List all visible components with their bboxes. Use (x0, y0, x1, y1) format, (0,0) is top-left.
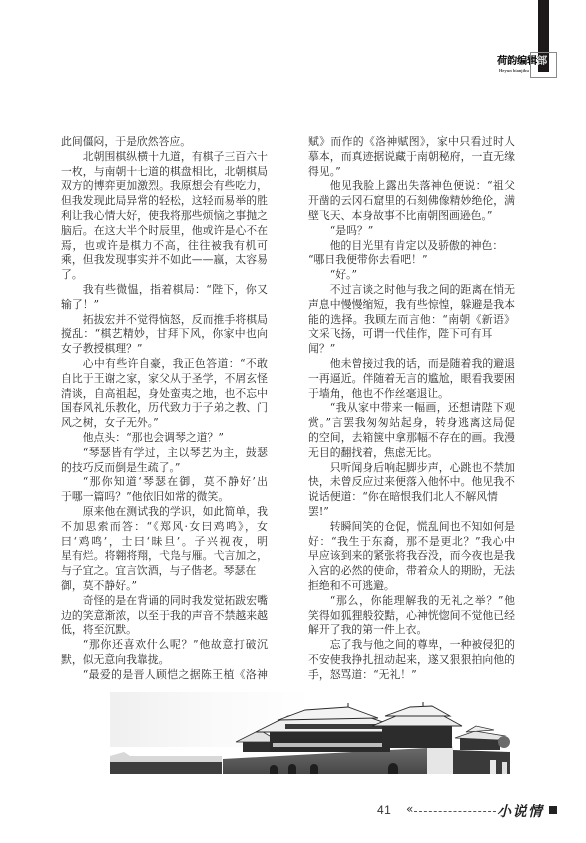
text-line: 脑后。在这大半个时辰里，他或许是心不在 (61, 224, 268, 239)
text-line: 壁飞天、本身故事不比南朝图画逊色。” (308, 209, 515, 224)
text-line: 但我发现此局异常的轻松，这轻而易举的胜 (61, 194, 268, 209)
paragraph: 拓拔宏并不觉得恼怒，反而推手将棋局 搅乱：“棋艺精妙，甘拜下风，你家中也向 女子… (61, 313, 268, 357)
paragraph: “那你知道‘琴瑟在御，莫不静好’出 于哪一篇吗？”他依旧如常的微笑。 (61, 475, 268, 505)
text-line: “那你知道‘琴瑟在御，莫不静好’出 (61, 475, 268, 490)
text-line: 只听闻身后响起脚步声，心跳也不禁加 (308, 461, 515, 476)
text-line: 忘了我与他之间的尊卑，一种被侵犯的 (308, 638, 515, 653)
text-line: 无目的翻找着，焦虑无比。 (308, 446, 515, 461)
text-line: “那么，你能理解我的无礼之举？”他 (308, 594, 515, 609)
paragraph: 心中有些许自豪，我正色答道：“不敢 自比于王谢之家，家父从于圣学，不屑玄怪 清谈… (61, 357, 268, 431)
text-line: 声息中慢慢缩短，我有些惊惶，躲避是我本 (308, 298, 515, 313)
text-line: 风之树，女子无外。” (61, 416, 268, 431)
text-line: 搅乱：“棋艺精妙，甘拜下风，你家中也向 (61, 327, 268, 342)
text-line: 得见。” (308, 165, 515, 180)
text-line: 一再逼近。伴随着无言的尴尬，眼看我要困 (308, 372, 515, 387)
paragraph: 他点头：“那也会调琴之道？” (61, 431, 268, 446)
square-end-mark-icon (549, 806, 557, 814)
paragraph: “我从家中带来一幅画，还想请陛下观 赏。”言罢我匆匆站起身，转身逃离这局促 的空… (308, 401, 515, 460)
text-line: 了。 (61, 268, 268, 283)
text-line: 于墙角，他也不作丝毫退让。 (308, 387, 515, 402)
text-line: 不加思索而答：“《郑风·女曰鸡鸣》，女 (61, 520, 268, 535)
text-line: 罢!” (308, 505, 515, 520)
text-line: 我有些微愠，指着棋局：“陛下，你又 (61, 283, 268, 298)
paragraph: “是吗？” (308, 224, 515, 239)
text-line: 低，将至沉默。 (61, 623, 268, 638)
text-line: 心中有些许自豪，我正色答道：“不敢 (61, 357, 268, 372)
text-line: 边的笑意渐浓，以至于我的声音不禁越来越 (61, 609, 268, 624)
paragraph: “琴瑟皆有学过，主以琴艺为主，鼓瑟 的技巧反而倒是生疏了。” (61, 446, 268, 476)
text-line: 说话便道：“你在暗恨我们北人不解风情 (308, 490, 515, 505)
text-line: “那你还喜欢什么呢？”他故意打破沉 (61, 638, 268, 653)
text-line: 拓拔宏并不觉得恼怒，反而推手将棋局 (61, 313, 268, 328)
paragraph: “最爱的是晋人顾恺之据陈王植《洛神 (61, 668, 268, 683)
text-line: 利让我心情大好，使我将那些烦恼之事抛之 (61, 209, 268, 224)
text-line: “最爱的是晋人顾恺之据陈王植《洛神 (61, 668, 268, 683)
text-line: 拒绝和不可逃避。 (308, 579, 515, 594)
text-line: 开凿的云冈石窟里的石刻佛像精妙绝伦，满 (308, 194, 515, 209)
section-title: 荷韵编辑部 (497, 55, 557, 67)
text-line: 文采飞扬，可谓一代佳作，陛下可有耳 (308, 327, 515, 342)
text-line: 曰‘鸡鸣’，士曰‘昧旦’。子兴视夜，明 (61, 535, 268, 550)
paragraph: 赋》而作的《洛神赋图》，家中只看过时人 摹本，而真迹据说藏于南朝秘府，一直无缘 … (308, 135, 515, 179)
page-number: 41 (377, 803, 391, 817)
text-line: 解开了我的第一件上衣。 (308, 623, 515, 638)
paragraph: 他见我脸上露出失落神色便说：“祖父 开凿的云冈石窟里的石刻佛像精妙绝伦，满 壁飞… (308, 179, 515, 223)
paragraph: 不过言谈之时他与我之间的距离在悄无 声息中慢慢缩短，我有些惊惶，躲避是我本 能的… (308, 283, 515, 357)
text-line: 清谈，自高祖起，身处蛮夷之地，也不忘中 (61, 387, 268, 402)
paragraph: 北朝围棋纵横十九道，有棋子三百六十 一枚，与南朝十七道的棋盘相比，北朝棋局 双方… (61, 150, 268, 283)
text-line: 不安使我挣扎扭动起来，遂又狠狠拍向他的 (308, 653, 515, 668)
text-line: 星有烂。将翱将翔，弋凫与雁。弋言加之， (61, 549, 268, 564)
text-line: “哪日我便带你去看吧！” (308, 253, 515, 268)
text-line: 早应该到来的紧张将我吞没，而今夜也是我 (308, 549, 515, 564)
text-line: 乘，但我发现事实并不如此——嬴，太容易 (61, 253, 268, 268)
text-line: 闻？” (308, 342, 515, 357)
text-line: 他见我脸上露出失落神色便说：“祖父 (308, 179, 515, 194)
text-line: 手，怒骂道：“无礼！” (308, 668, 515, 683)
paragraph: “那你还喜欢什么呢？”他故意打破沉 默，似无意向我靠拢。 (61, 638, 268, 668)
paragraph: 忘了我与他之间的尊卑，一种被侵犯的 不安使我挣扎扭动起来，遂又狠狠拍向他的 手，… (308, 638, 515, 682)
text-line: 国春风礼乐教化，历代致力于子弟之教、门 (61, 401, 268, 416)
paragraph: 原来他在测试我的学识，如此简单，我 不加思索而答：“《郑风·女曰鸡鸣》，女 曰‘… (61, 505, 268, 594)
text-line: 快，未曾反应过来便落入他怀中。他见我不 (308, 475, 515, 490)
paragraph: 只听闻身后响起脚步声，心跳也不禁加 快，未曾反应过来便落入他怀中。他见我不 说话… (308, 461, 515, 520)
paragraph: 奇怪的是在背诵的同时我发觉拓跋宏嘴 边的笑意渐浓，以至于我的声音不禁越来越 低，… (61, 594, 268, 638)
text-line: 摹本，而真迹据说藏于南朝秘府，一直无缘 (308, 150, 515, 165)
paragraph: “那么，你能理解我的无礼之举？”他 笑得如狐狸般狡黠，心神恍惚间不觉他已经 解开… (308, 594, 515, 638)
text-line: 入宫的必然的使命，带着众人的期盼，无法 (308, 564, 515, 579)
text-line: 御，莫不静好。” (61, 579, 268, 594)
section-subtitle: Heyun bianjibu (499, 68, 551, 74)
text-line: 于哪一篇吗？”他依旧如常的微笑。 (61, 490, 268, 505)
text-line: 赋》而作的《洛神赋图》，家中只看过时人 (308, 135, 515, 150)
text-line: 笑得如狐狸般狡黠，心神恍惚间不觉他已经 (308, 609, 515, 624)
paragraph: 我有些微愠，指着棋局：“陛下，你又 输了！” (61, 283, 268, 313)
text-line: “是吗？” (308, 224, 515, 239)
text-line: 北朝围棋纵横十九道，有棋子三百六十 (61, 150, 268, 165)
text-line: 焉，也或许是棋力不高，往往被我有机可 (61, 239, 268, 254)
text-line: 自比于王谢之家，家父从于圣学，不屑玄怪 (61, 372, 268, 387)
text-line: 能的选择。我顾左而言他：“南朝《新语》 (308, 313, 515, 328)
text-line: 默，似无意向我靠拢。 (61, 653, 268, 668)
text-line: 赏。”言罢我匆匆站起身，转身逃离这局促 (308, 416, 515, 431)
text-line: 一枚，与南朝十七道的棋盘相比，北朝棋局 (61, 165, 268, 180)
text-line: 的技巧反而倒是生疏了。” (61, 461, 268, 476)
text-line: “琴瑟皆有学过，主以琴艺为主，鼓瑟 (61, 446, 268, 461)
text-line: 双方的博弈更加激烈。我原想会有些吃力， (61, 179, 268, 194)
text-line: 他点头：“那也会调琴之道？” (61, 431, 268, 446)
text-line: 他未曾接过我的话，而是随着我的避退 (308, 357, 515, 372)
text-line: 奇怪的是在背诵的同时我发觉拓跋宏嘴 (61, 594, 268, 609)
text-line: 转瞬间笑的仓促，慌乱间也不知如何是 (308, 520, 515, 535)
magazine-name: 小说情 (497, 801, 544, 821)
text-line: 他的目光里有肯定以及骄傲的神色： (308, 239, 515, 254)
text-line: “我从家中带来一幅画，还想请陛下观 (308, 401, 515, 416)
dashed-divider (414, 811, 496, 812)
text-line: 此间僵闷，于是欣然答应。 (61, 135, 268, 150)
paragraph: 他的目光里有肯定以及骄傲的神色： “哪日我便带你去看吧！” (308, 239, 515, 269)
text-line: 的空间，去箱箧中拿那幅不存在的画。我漫 (308, 431, 515, 446)
text-line: “好。” (308, 268, 515, 283)
paragraph: “好。” (308, 268, 515, 283)
text-line: 输了！” (61, 298, 268, 313)
palace-gate-photo (110, 690, 510, 776)
text-line: 原来他在测试我的学识，如此简单，我 (61, 505, 268, 520)
text-line: 女子教授棋理？” (61, 342, 268, 357)
text-line: 与子宜之。宜言饮酒，与子偕老。琴瑟在 (61, 564, 268, 579)
guillemet-icon: « (406, 802, 413, 816)
paragraph: 他未曾接过我的话，而是随着我的避退 一再逼近。伴随着无言的尴尬，眼看我要困 于墙… (308, 357, 515, 401)
paragraph: 此间僵闷，于是欣然答应。 (61, 135, 268, 150)
article-right-column: 赋》而作的《洛神赋图》，家中只看过时人 摹本，而真迹据说藏于南朝秘府，一直无缘 … (308, 135, 515, 682)
text-line: 好：“我生于东裔，那不是更北？”我心中 (308, 535, 515, 550)
paragraph: 转瞬间笑的仓促，慌乱间也不知如何是 好：“我生于东裔，那不是更北？”我心中 早应… (308, 520, 515, 594)
article-left-column: 此间僵闷，于是欣然答应。 北朝围棋纵横十九道，有棋子三百六十 一枚，与南朝十七道… (61, 135, 268, 682)
text-line: 不过言谈之时他与我之间的距离在悄无 (308, 283, 515, 298)
